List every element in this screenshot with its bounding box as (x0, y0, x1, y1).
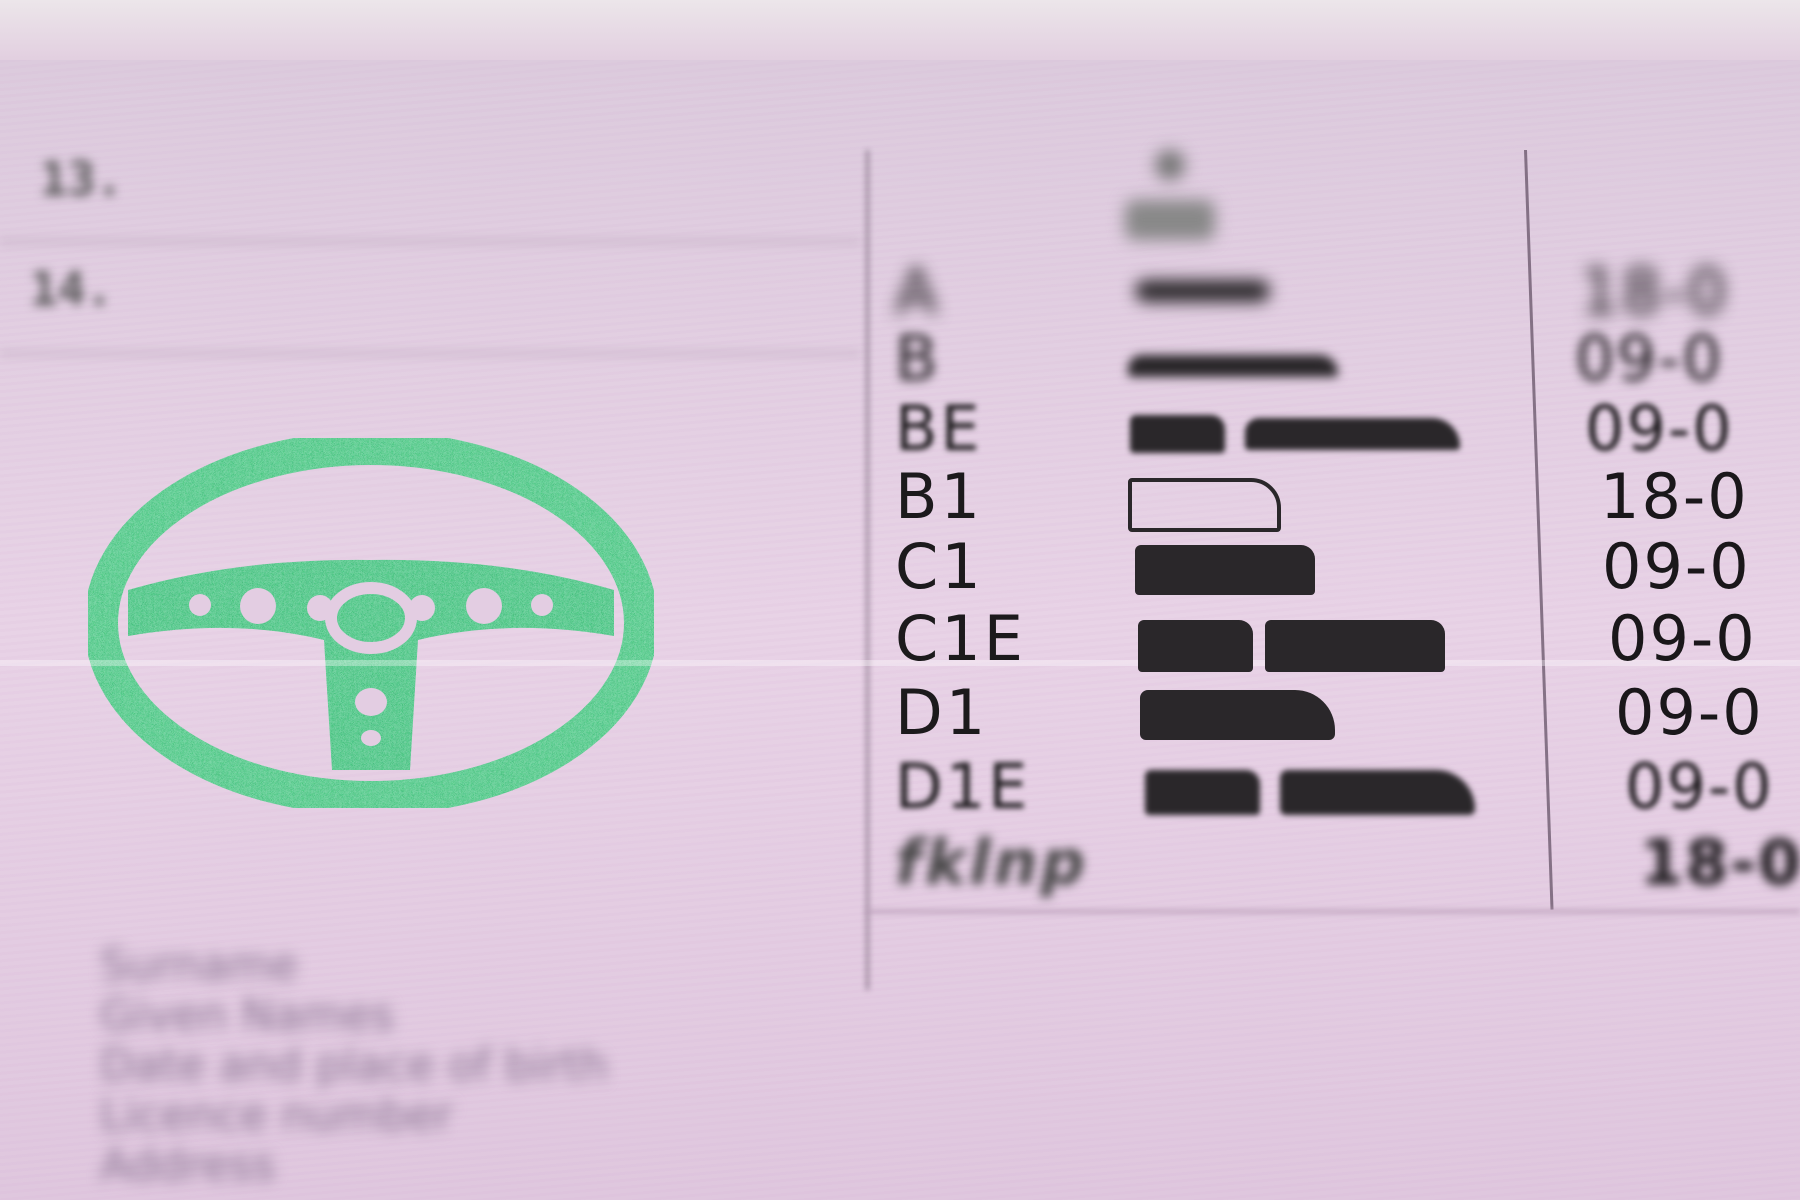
category-code: BE (895, 392, 983, 465)
category-code: C1E (895, 602, 1026, 675)
category-code: fklnp (895, 826, 1088, 899)
table-divider-left (866, 150, 869, 990)
date-cell: 09-0 (1602, 530, 1751, 603)
date-cell: 18-0 (1600, 460, 1749, 533)
car-icon (1245, 418, 1460, 450)
car-icon (1128, 355, 1338, 377)
field-marker-13: 13. (40, 152, 123, 206)
date-cell: 09-0 (1615, 676, 1764, 749)
category-code: D1E (895, 750, 1030, 823)
steering-wheel-icon (88, 438, 654, 808)
minibus-icon (1140, 690, 1335, 740)
category-code: D1 (895, 676, 988, 749)
trailer-icon (1138, 620, 1253, 672)
field-marker-14: 14. (30, 262, 113, 316)
date-cell: 18-0 (1640, 826, 1800, 899)
category-code: B1 (895, 460, 983, 533)
holder-line: Surname (100, 940, 298, 991)
date-cell: 09-0 (1585, 392, 1734, 465)
category-code: C1 (895, 530, 984, 603)
table-bottom-line (866, 910, 1800, 913)
minibus-icon (1280, 770, 1475, 815)
motorcycle-icon (1135, 280, 1270, 302)
holder-line: Address (100, 1140, 275, 1191)
holder-line: Given Names (100, 990, 394, 1041)
date-cell: 09-0 (1575, 322, 1724, 395)
category-code: A (895, 255, 940, 328)
trailer-icon (1145, 770, 1260, 815)
date-cell: 09-0 (1608, 602, 1757, 675)
divider (0, 352, 860, 355)
header-person-icon (1125, 150, 1215, 250)
divider (0, 240, 860, 243)
holder-line: Date and place of birth (100, 1040, 608, 1091)
date-cell: 18-0 (1580, 255, 1729, 328)
light-truck-icon (1135, 545, 1315, 595)
trailer-icon (1130, 415, 1225, 453)
small-van-icon (1128, 478, 1281, 532)
light-truck-icon (1265, 620, 1445, 672)
date-cell: 09-0 (1625, 750, 1774, 823)
holder-line: Licence number (100, 1090, 453, 1141)
category-code: B (895, 322, 941, 395)
